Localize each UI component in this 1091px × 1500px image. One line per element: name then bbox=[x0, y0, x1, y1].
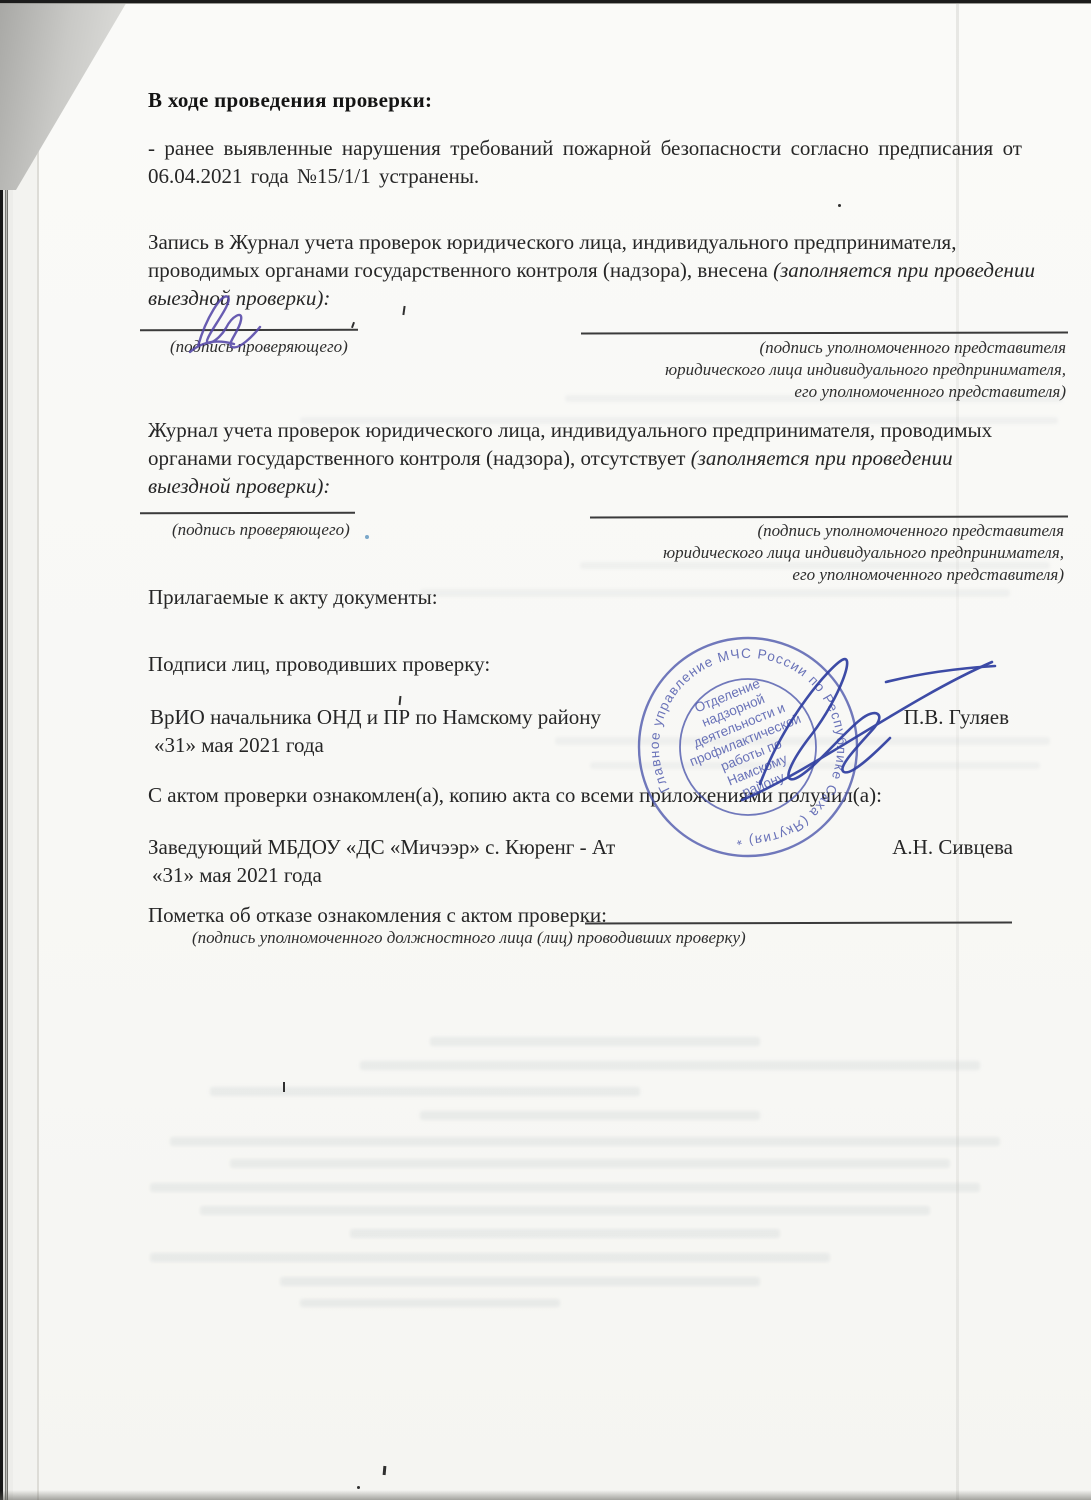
bleed-through-line bbox=[360, 1061, 980, 1070]
bleed-through-line bbox=[200, 1206, 930, 1215]
journal-absent-line1: Журнал учета проверок юридического лица,… bbox=[148, 416, 1064, 444]
bleed-through-line bbox=[350, 1229, 780, 1238]
journal-recorded-line2: проводимых органами государственного кон… bbox=[148, 256, 1064, 284]
scan-speck bbox=[357, 1486, 360, 1489]
folded-corner bbox=[0, 0, 130, 192]
scan-speck bbox=[383, 1466, 387, 1475]
recipient-date: «31» мая 2021 года bbox=[152, 861, 322, 889]
bleed-through-line bbox=[420, 589, 1010, 597]
scanner-bottom-shadow bbox=[0, 1490, 1091, 1500]
inspector-signature-ink bbox=[168, 282, 308, 358]
bleed-through-line bbox=[150, 1253, 830, 1262]
inspector-signature-caption-2: (подпись проверяющего) bbox=[172, 519, 350, 541]
bleed-through-line bbox=[300, 1299, 560, 1307]
section-heading: В ходе проведения проверки: bbox=[148, 86, 432, 114]
scanner-left-edge bbox=[0, 0, 40, 1500]
bleed-through-line bbox=[230, 1159, 950, 1168]
recipient-position: Заведующий МБДОУ «ДС «Мичээр» с. Кюренг … bbox=[148, 833, 615, 861]
scan-speck bbox=[351, 322, 355, 328]
inspector-date: «31» мая 2021 года bbox=[154, 731, 324, 759]
journal-recorded-line1: Запись в Журнал учета проверок юридическ… bbox=[148, 228, 1064, 256]
bleed-through-line bbox=[430, 1037, 760, 1046]
refusal-label: Пометка об отказе ознакомления с актом п… bbox=[148, 901, 607, 929]
scanned-document-page: В ходе проведения проверки: - ранее выяв… bbox=[0, 0, 1091, 1500]
representative-signature-line-2 bbox=[590, 515, 1068, 518]
refusal-line bbox=[585, 922, 1012, 925]
journal-absent-text: Журнал учета проверок юридического лица,… bbox=[148, 416, 1064, 500]
representative-signature-line bbox=[581, 331, 1068, 334]
journal-absent-line3: выездной проверки): bbox=[148, 472, 1064, 500]
inspector-signature-line-2 bbox=[140, 512, 355, 514]
bleed-through-line bbox=[280, 1277, 760, 1286]
representative-signature-caption-2: (подпись уполномоченного представителя ю… bbox=[663, 520, 1064, 586]
scanner-top-edge bbox=[0, 0, 1091, 4]
bleed-through-line bbox=[420, 1111, 760, 1120]
inspector-position: ВрИО начальника ОНД и ПР по Намскому рай… bbox=[150, 703, 601, 731]
scan-speck bbox=[365, 535, 369, 539]
scan-speck bbox=[838, 204, 841, 207]
chief-signature-ink bbox=[690, 622, 1020, 822]
scan-speck bbox=[283, 1082, 285, 1092]
bleed-through-line bbox=[150, 1183, 980, 1192]
bleed-through-line bbox=[170, 1137, 1000, 1146]
signers-heading: Подписи лиц, проводивших проверку: bbox=[148, 650, 490, 678]
refusal-caption: (подпись уполномоченного должностного ли… bbox=[192, 927, 746, 949]
finding-text: - ранее выявленные нарушения требований … bbox=[148, 134, 1022, 190]
journal-absent-line2: органами государственного контроля (надз… bbox=[148, 444, 1064, 472]
representative-signature-caption: (подпись уполномоченного представителя ю… bbox=[665, 337, 1066, 403]
attachments-label: Прилагаемые к акту документы: bbox=[148, 583, 438, 611]
bleed-through-line bbox=[210, 1087, 640, 1096]
